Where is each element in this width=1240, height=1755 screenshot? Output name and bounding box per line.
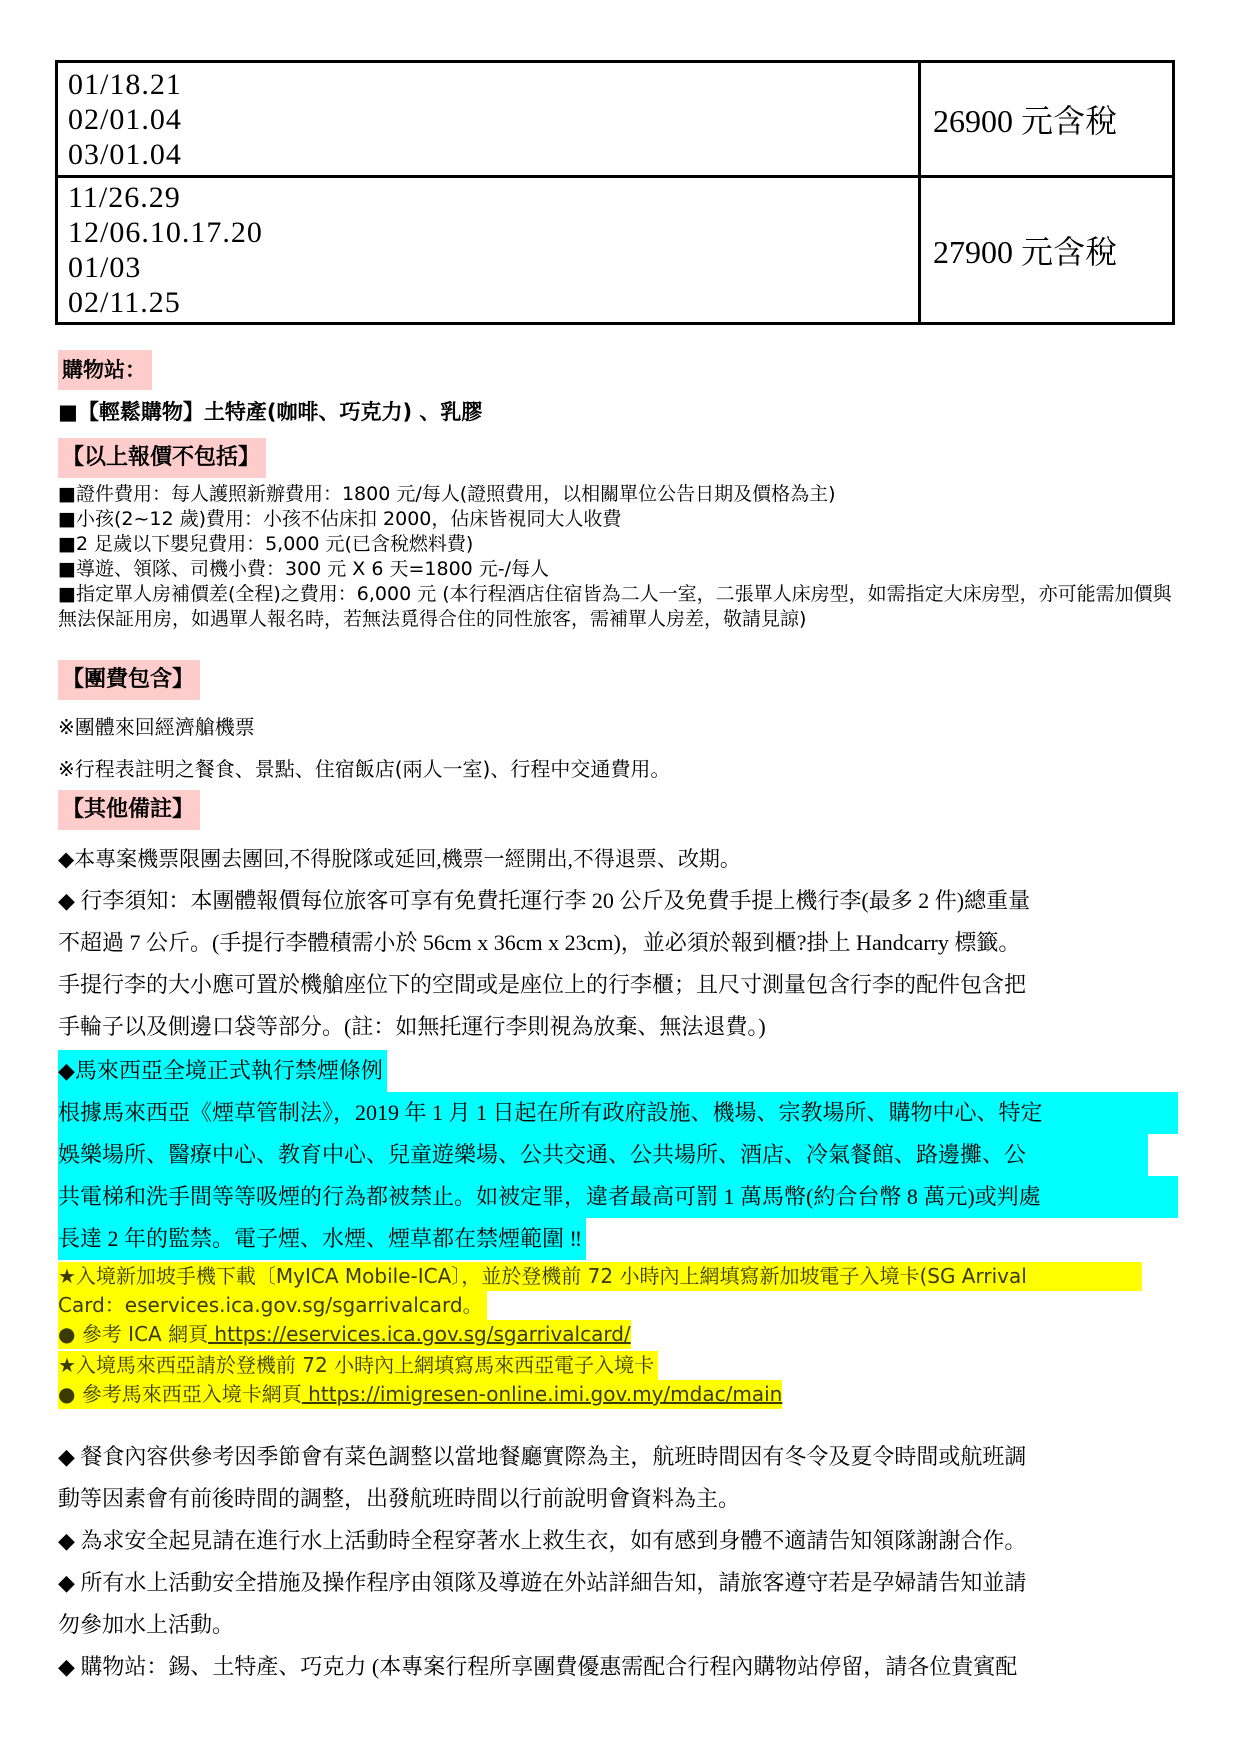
excluded-item: ■2 足歲以下嬰兒費用：5,000 元(已含稅燃料費) <box>58 532 1178 557</box>
departure-dates-cell: 01/18.21 02/01.04 03/01.04 <box>57 62 920 177</box>
luggage-line: ◆ 行李須知：本團體報價每位旅客可享有免費托運行李 20 公斤及免費手提上機行李… <box>58 880 1188 922</box>
price-cell: 27900 元含稅 <box>920 177 1174 324</box>
luggage-line: 手提行李的大小應可置於機艙座位下的空間或是座位上的行李櫃；且尺寸測量包含行李的配… <box>58 964 1188 1006</box>
entry-card-section: ★入境新加坡手機下載〔MyICA Mobile-ICA〕，並於登機前 72 小時… <box>58 1262 1142 1409</box>
ticket-note: ◆本專案機票限團去團回,不得脫隊或延回,機票一經開出,不得退票、改期。 <box>58 838 1188 880</box>
smoking-ban-line: 長達 2 年的監禁。電子煙、水煙、煙草都在禁煙範圍 ‼ <box>58 1218 586 1260</box>
my-ref-label: ● 參考馬來西亞入境卡網頁 https://imigresen-online.i… <box>58 1380 782 1409</box>
date-line: 11/26.29 <box>68 180 918 215</box>
excluded-item: ■導遊、領隊、司機小費：300 元 X 6 天=1800 元-/每人 <box>58 557 1178 582</box>
meals-note: 動等因素會有前後時間的調整，出發航班時間以行前說明會資料為主。 <box>58 1478 1188 1520</box>
date-line: 01/18.21 <box>68 67 918 102</box>
water-activity-note: ◆ 所有水上活動安全措施及操作程序由領隊及導遊在外站詳細告知，請旅客遵守若是孕婦… <box>58 1562 1188 1604</box>
date-line: 03/01.04 <box>68 137 918 172</box>
mdac-link[interactable]: https://imigresen-online.imi.gov.my/mdac… <box>302 1382 783 1406</box>
notes-section: 【其他備註】 <box>58 790 200 830</box>
sg-arrival-card-link[interactable]: https://eservices.ica.gov.sg/sgarrivalca… <box>208 1322 631 1346</box>
excluded-item: ■指定單人房補價差(全程)之費用：6,000 元 (本行程酒店住宿皆為二人一室，… <box>58 582 1178 632</box>
excluded-heading: 【以上報價不包括】 <box>58 438 266 478</box>
included-heading: 【團費包含】 <box>58 660 200 700</box>
sg-ref-label: ● 參考 ICA 網頁 https://eservices.ica.gov.sg… <box>58 1320 631 1349</box>
shopping-section: 購物站： ■【輕鬆購物】土特產(咖啡、巧克力) 、乳膠 <box>58 350 482 432</box>
shopping-heading: 購物站： <box>58 350 152 390</box>
sg-entry-line: ★入境新加坡手機下載〔MyICA Mobile-ICA〕，並於登機前 72 小時… <box>58 1262 1142 1291</box>
notes-heading: 【其他備註】 <box>58 790 200 830</box>
table-row: 11/26.29 12/06.10.17.20 01/03 02/11.25 2… <box>57 177 1174 324</box>
water-activity-note: 勿參加水上活動。 <box>58 1604 1188 1646</box>
smoking-ban-title: ◆馬來西亞全境正式執行禁煙條例 <box>58 1050 387 1092</box>
date-line: 02/01.04 <box>68 102 918 137</box>
included-item: ※團體來回經濟艙機票 <box>58 706 670 748</box>
smoking-ban-line: 共電梯和洗手間等等吸煙的行為都被禁止。如被定罪，違者最高可罰 1 萬馬幣(約合台… <box>58 1176 1178 1218</box>
notes-body: ◆本專案機票限團去團回,不得脫隊或延回,機票一經開出,不得退票、改期。 ◆ 行李… <box>58 838 1188 1260</box>
shopping-item: ■【輕鬆購物】土特產(咖啡、巧克力) 、乳膠 <box>58 392 482 432</box>
date-line: 02/11.25 <box>68 285 918 320</box>
luggage-line: 手輪子以及側邊口袋等部分。(註：如無托運行李則視為放棄、無法退費。) <box>58 1006 1188 1048</box>
smoking-ban-line: 娛樂場所、醫療中心、教育中心、兒童遊樂場、公共交通、公共場所、酒店、冷氣餐館、路… <box>58 1134 1148 1176</box>
price-cell: 26900 元含稅 <box>920 62 1174 177</box>
safety-note: ◆ 為求安全起見請在進行水上活動時全程穿著水上救生衣，如有感到身體不適請告知領隊… <box>58 1520 1188 1562</box>
luggage-line: 不超過 7 公斤。(手提行李體積需小於 56cm x 36cm x 23cm)，… <box>58 922 1188 964</box>
included-item: ※行程表註明之餐食、景點、住宿飯店(兩人一室)、行程中交通費用。 <box>58 748 670 790</box>
included-section: 【團費包含】 ※團體來回經濟艙機票 ※行程表註明之餐食、景點、住宿飯店(兩人一室… <box>58 660 670 790</box>
bullet-label: ● 參考 ICA 網頁 <box>58 1322 208 1346</box>
notes-footer: ◆ 餐食內容供參考因季節會有菜色調整以當地餐廳實際為主，航班時間因有冬令及夏令時… <box>58 1436 1188 1688</box>
departure-dates-cell: 11/26.29 12/06.10.17.20 01/03 02/11.25 <box>57 177 920 324</box>
sg-entry-line: Card：eservices.ica.gov.sg/sgarrivalcard。 <box>58 1291 487 1320</box>
excluded-item: ■小孩(2~12 歲)費用：小孩不佔床扣 2000，佔床皆視同大人收費 <box>58 507 1178 532</box>
date-line: 12/06.10.17.20 <box>68 215 918 250</box>
meals-note: ◆ 餐食內容供參考因季節會有菜色調整以當地餐廳實際為主，航班時間因有冬令及夏令時… <box>58 1436 1188 1478</box>
my-entry-line: ★入境馬來西亞請於登機前 72 小時內上網填寫馬來西亞電子入境卡 <box>58 1351 658 1380</box>
table-row: 01/18.21 02/01.04 03/01.04 26900 元含稅 <box>57 62 1174 177</box>
shopping-note: ◆ 購物站：錫、土特產、巧克力 (本專案行程所享團費優惠需配合行程內購物站停留，… <box>58 1646 1188 1688</box>
price-table: 01/18.21 02/01.04 03/01.04 26900 元含稅 11/… <box>55 60 1175 325</box>
excluded-item: ■證件費用：每人護照新辦費用：1800 元/每人(證照費用，以相關單位公告日期及… <box>58 482 1178 507</box>
bullet-label: ● 參考馬來西亞入境卡網頁 <box>58 1382 302 1406</box>
date-line: 01/03 <box>68 250 918 285</box>
excluded-section: 【以上報價不包括】 ■證件費用：每人護照新辦費用：1800 元/每人(證照費用，… <box>58 438 1178 632</box>
smoking-ban-line: 根據馬來西亞《煙草管制法》，2019 年 1 月 1 日起在所有政府設施、機場、… <box>58 1092 1178 1134</box>
